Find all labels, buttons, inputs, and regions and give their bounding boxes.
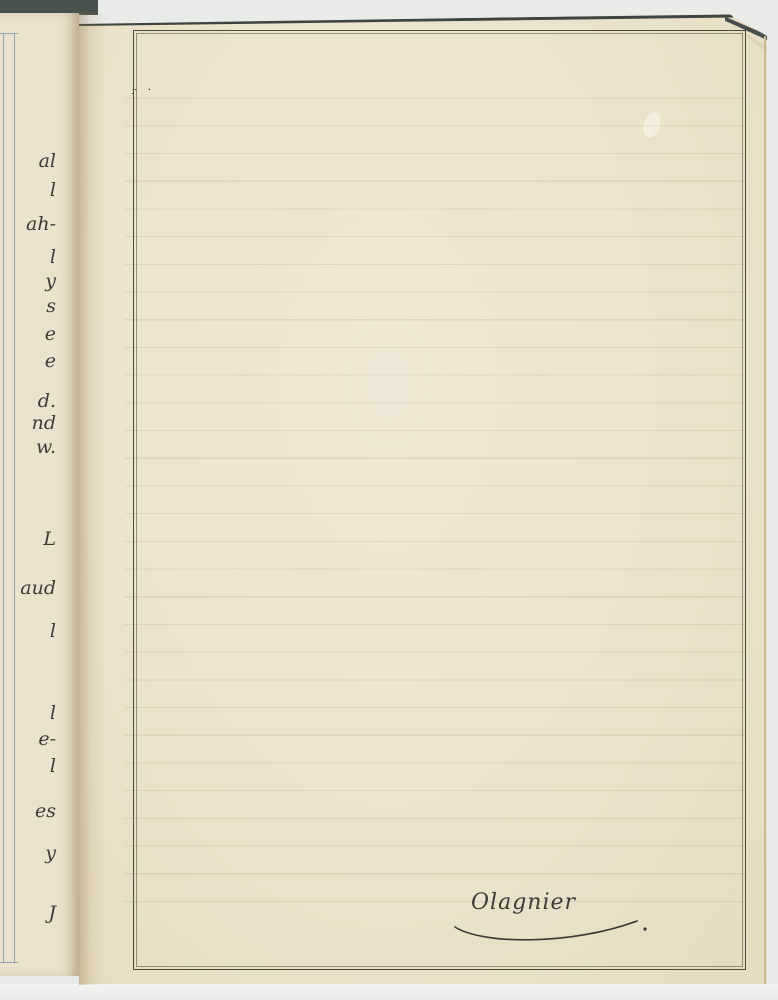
text-fragment: l: [50, 179, 56, 201]
manuscript-text-block: du Conseil Communal de Morges du 8 Juill…: [125, 71, 746, 917]
binding-gutter-shadow: [79, 13, 105, 985]
text-fragment: d.: [38, 390, 56, 412]
signature-flourish: [447, 917, 657, 951]
text-fragment: l: [50, 702, 56, 724]
text-fragment: J: [48, 902, 56, 924]
text-fragment: l: [50, 620, 56, 642]
text-fragment: e-: [38, 728, 56, 750]
page-right-edge: [764, 36, 766, 984]
document-page: du Conseil Communal de Morges du 8 Juill…: [79, 14, 767, 984]
text-fragment: e: [45, 323, 56, 345]
text-fragment: l: [50, 755, 56, 777]
page-top-edge: [79, 14, 733, 26]
text-fragment: nd: [32, 412, 56, 434]
text-fragment: aud: [20, 577, 56, 599]
text-fragment: L: [43, 528, 56, 550]
previous-page-text-fragments: allah-lyseed.ndw.Laudlle-lesyJ: [0, 0, 64, 1000]
scanned-manuscript-page: allah-lyseed.ndw.Laudlle-lesyJ du Consei…: [0, 0, 778, 1000]
text-fragment: l: [50, 246, 56, 268]
manuscript-line: Mr Brivois.Par devant Me Auguste Robert: [125, 71, 150, 99]
text-fragment: y: [45, 270, 56, 292]
text-fragment: e: [45, 350, 56, 372]
text-fragment: al: [39, 150, 56, 172]
scanner-background-bottom: [0, 984, 778, 1000]
text-fragment: w.: [36, 436, 56, 458]
text-fragment: s: [46, 295, 56, 317]
text-fragment: es: [35, 800, 56, 822]
signature: Olagnier: [471, 890, 576, 915]
text-fragment: ah-: [26, 213, 56, 235]
text-fragment: y: [45, 842, 56, 864]
scanner-background: [767, 0, 778, 1000]
